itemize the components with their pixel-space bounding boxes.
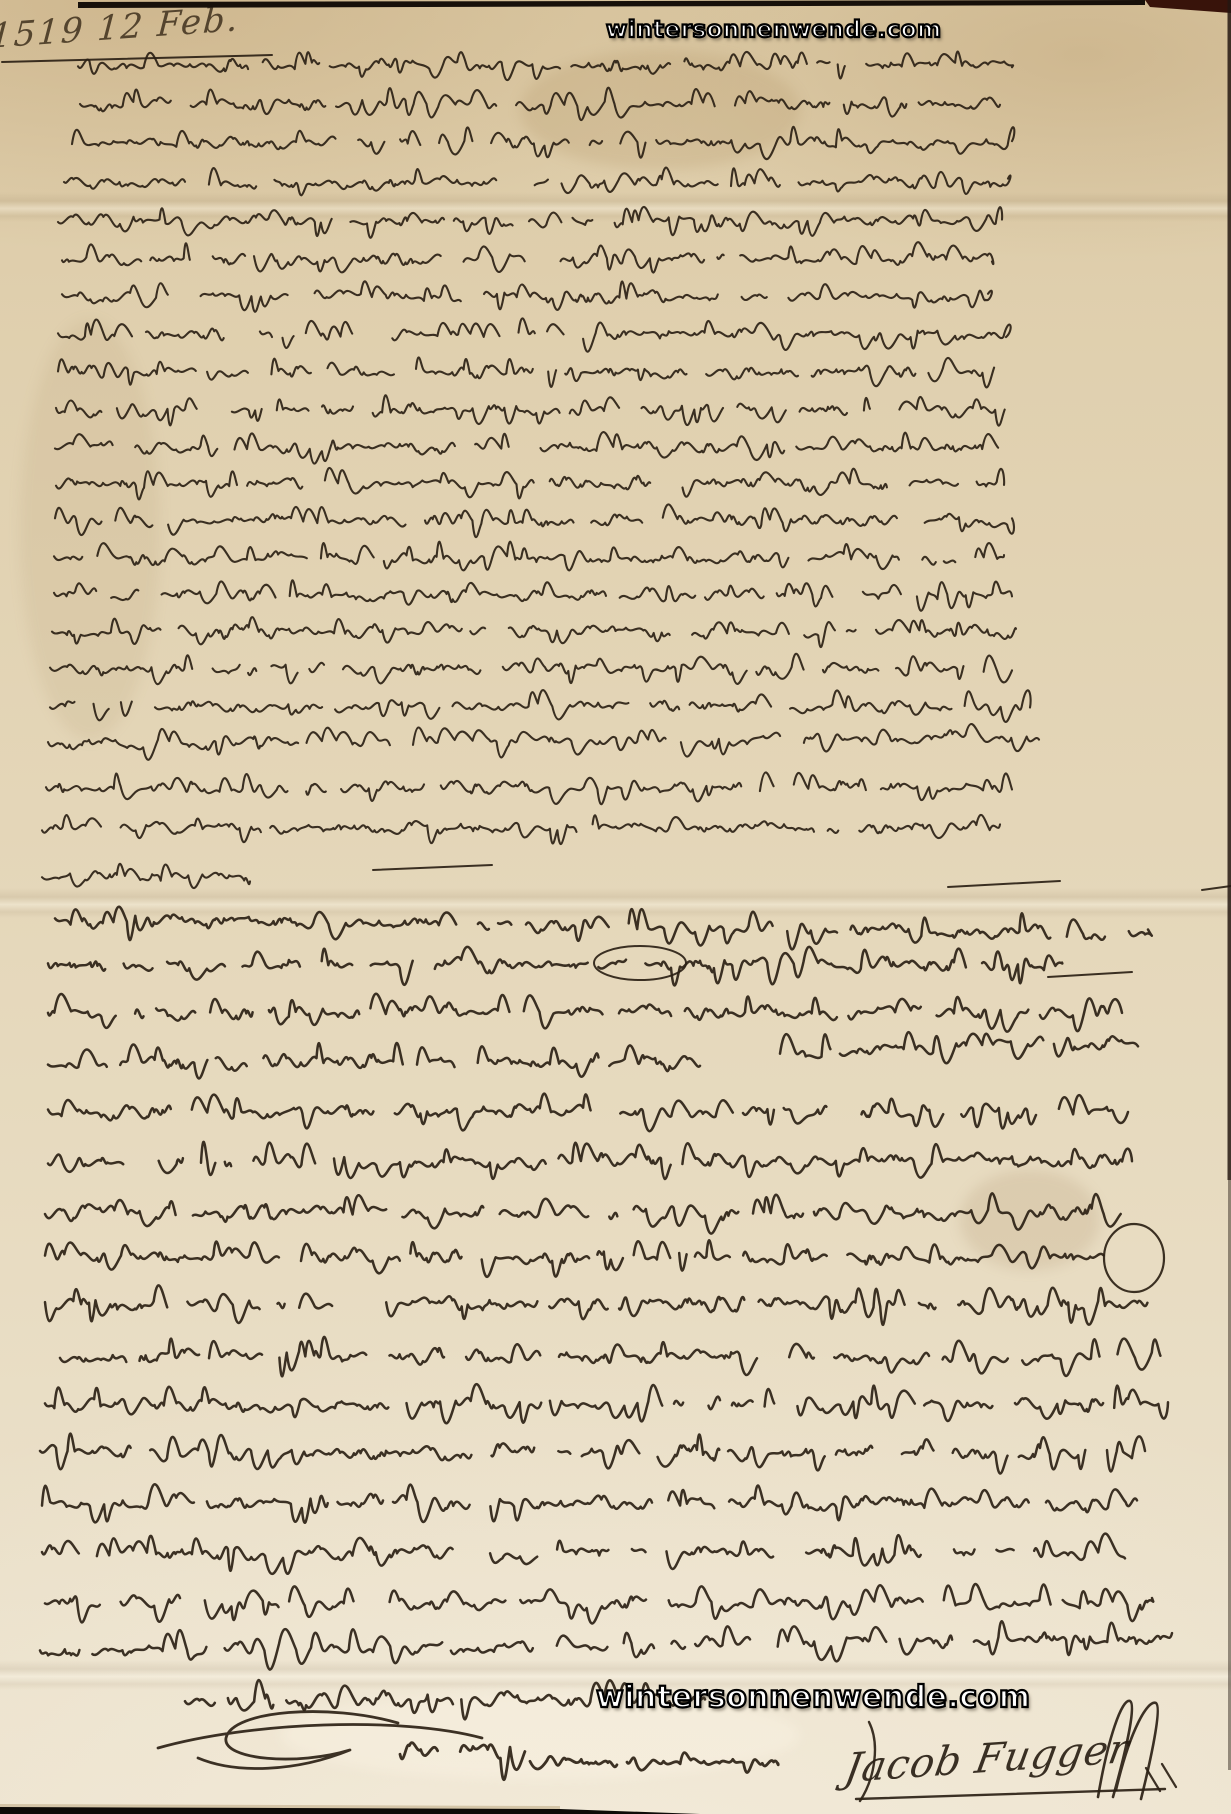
handwriting-line	[48, 1043, 700, 1078]
scan-edge-top-right	[1145, 0, 1231, 13]
handwriting-line	[54, 542, 1004, 571]
watermark-bottom: wintersonnenwende.com	[596, 1680, 1031, 1715]
handwriting-line	[64, 168, 1011, 196]
handwriting-line	[56, 468, 1004, 499]
handwriting-line	[50, 654, 1012, 684]
handwriting-line	[55, 432, 998, 464]
scan-edge-bottom	[0, 1807, 700, 1814]
handwriting-line	[54, 580, 1012, 610]
paper-stain	[20, 320, 160, 740]
handwriting-line	[62, 281, 992, 311]
paper-edge-highlight	[0, 1804, 560, 1810]
date-underline	[2, 55, 272, 62]
handwriting-line	[40, 1621, 1172, 1669]
handwriting-line	[58, 207, 1002, 238]
scan-edge-right	[1228, 0, 1231, 1180]
handwriting-line	[42, 1484, 1137, 1522]
handwriting-line	[62, 242, 993, 272]
handwriting-line	[50, 690, 1031, 722]
handwriting-line	[56, 395, 1005, 425]
date-annotation: 1519 12 Feb.	[0, 0, 241, 57]
handwriting-line	[58, 357, 994, 387]
inline-dash	[948, 881, 1060, 887]
handwriting-line	[48, 1094, 1128, 1132]
handwriting-line	[60, 1337, 1160, 1376]
handwriting-line	[46, 772, 1012, 804]
handwriting-line	[45, 1193, 1121, 1233]
handwriting-line	[400, 1743, 525, 1780]
signature-ticks	[1146, 1764, 1176, 1791]
watermark-top: wintersonnenwende.com	[606, 17, 942, 43]
handwriting-line	[48, 1142, 1132, 1179]
handwriting-line	[42, 1534, 1125, 1574]
paper-stain	[520, 50, 800, 170]
manuscript-handwriting	[0, 0, 1231, 1814]
handwriting-line	[52, 617, 1016, 647]
handwriting-line	[45, 1240, 1104, 1277]
paper-stain	[960, 1170, 1100, 1270]
handwriting-line	[780, 1032, 1138, 1063]
handwriting-line	[72, 127, 1014, 159]
fold-crease	[0, 192, 1231, 222]
handwriting-line	[55, 504, 1014, 537]
handwriting-line	[45, 1584, 1153, 1623]
signature-name: Jacob Fugger	[841, 1726, 1133, 1793]
handwriting-line	[55, 907, 1152, 950]
handwriting-line	[45, 1285, 1147, 1324]
handwriting-line	[48, 994, 1122, 1032]
inline-dash	[1202, 886, 1231, 890]
handwriting-line	[530, 1753, 778, 1773]
fold-crease	[0, 888, 1231, 918]
handwriting-line	[48, 947, 1062, 986]
handwriting-line	[58, 318, 1011, 351]
manuscript-scan-page: 1519 12 Feb. wintersonnenwende.com winte…	[0, 0, 1231, 1814]
circled-word	[594, 946, 686, 980]
signature-underline	[856, 1789, 1165, 1799]
handwriting-line	[78, 52, 1013, 81]
handwriting-line	[42, 815, 1000, 844]
handwriting-line	[48, 724, 1039, 760]
handwriting-line	[80, 88, 1000, 120]
inline-dash	[1048, 972, 1132, 977]
scan-edge-artifacts	[0, 0, 1231, 1814]
inline-dash	[373, 865, 492, 870]
circled-mark	[1104, 1224, 1164, 1292]
handwriting-line	[42, 864, 250, 888]
closing-flourish	[158, 1712, 482, 1769]
handwriting-line	[45, 1384, 1168, 1423]
handwriting-line	[40, 1434, 1145, 1474]
